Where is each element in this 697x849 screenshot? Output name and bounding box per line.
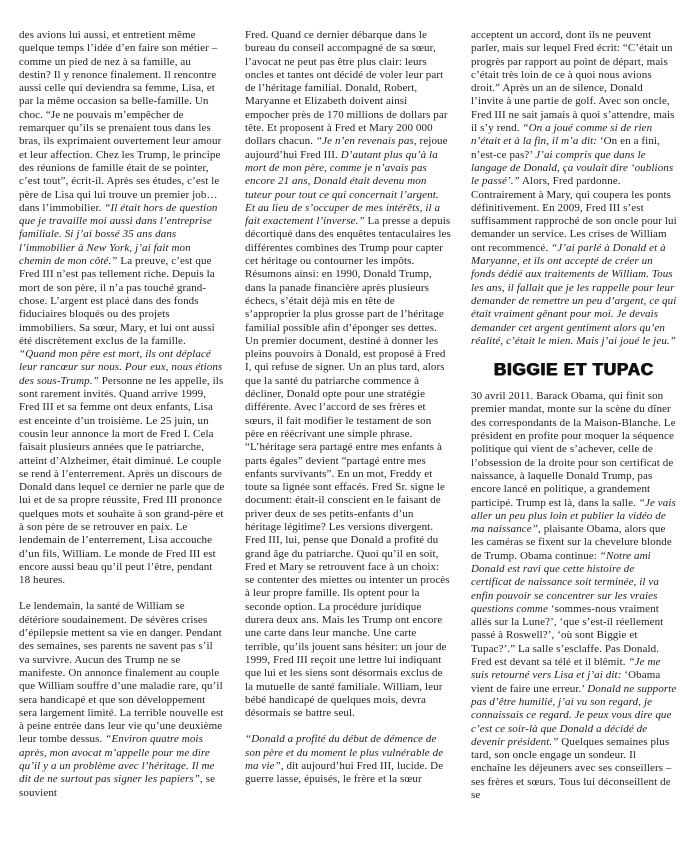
article-column-1: des avions lui aussi, et entretient même…: [19, 29, 225, 802]
paragraph: acceptent un accord, dont ils ne peuvent…: [471, 29, 677, 348]
body-text: acceptent un accord, dont ils ne peuvent…: [471, 29, 675, 134]
body-text: La presse a depuis décortiqué dans des e…: [245, 215, 451, 719]
section-heading: BIGGIE ET TUPAC: [471, 361, 677, 380]
body-text: 30 avril 2011. Barack Obama, qui finit s…: [471, 390, 676, 508]
quote-text: “Je n’en revenais pas: [316, 135, 414, 147]
paragraph: “Donald a profité du début de démence de…: [245, 733, 451, 786]
body-text: Fred. Quand ce dernier débarque dans le …: [245, 29, 448, 147]
paragraph: des avions lui aussi, et entretient même…: [19, 29, 225, 587]
body-text: des avions lui aussi, et entretient même…: [19, 29, 221, 214]
magazine-page: des avions lui aussi, et entretient même…: [0, 0, 697, 849]
article-column-2: Fred. Quand ce dernier débarque dans le …: [245, 29, 451, 802]
paragraph: 30 avril 2011. Barack Obama, qui finit s…: [471, 390, 677, 802]
paragraph: Fred. Quand ce dernier débarque dans le …: [245, 29, 451, 720]
body-text: La preuve, c’est que Fred III n’est pas …: [19, 255, 215, 347]
quote-text: “J’ai parlé à Donald et à Maryanne, et i…: [471, 242, 676, 347]
body-text: Personne ne les appelle, ils sont rareme…: [19, 375, 224, 586]
article-column-3: acceptent un accord, dont ils ne peuvent…: [471, 29, 677, 802]
paragraph: Le lendemain, la santé de William se dét…: [19, 600, 225, 799]
body-text: Le lendemain, la santé de William se dét…: [19, 600, 224, 745]
article-body: des avions lui aussi, et entretient même…: [19, 29, 677, 802]
